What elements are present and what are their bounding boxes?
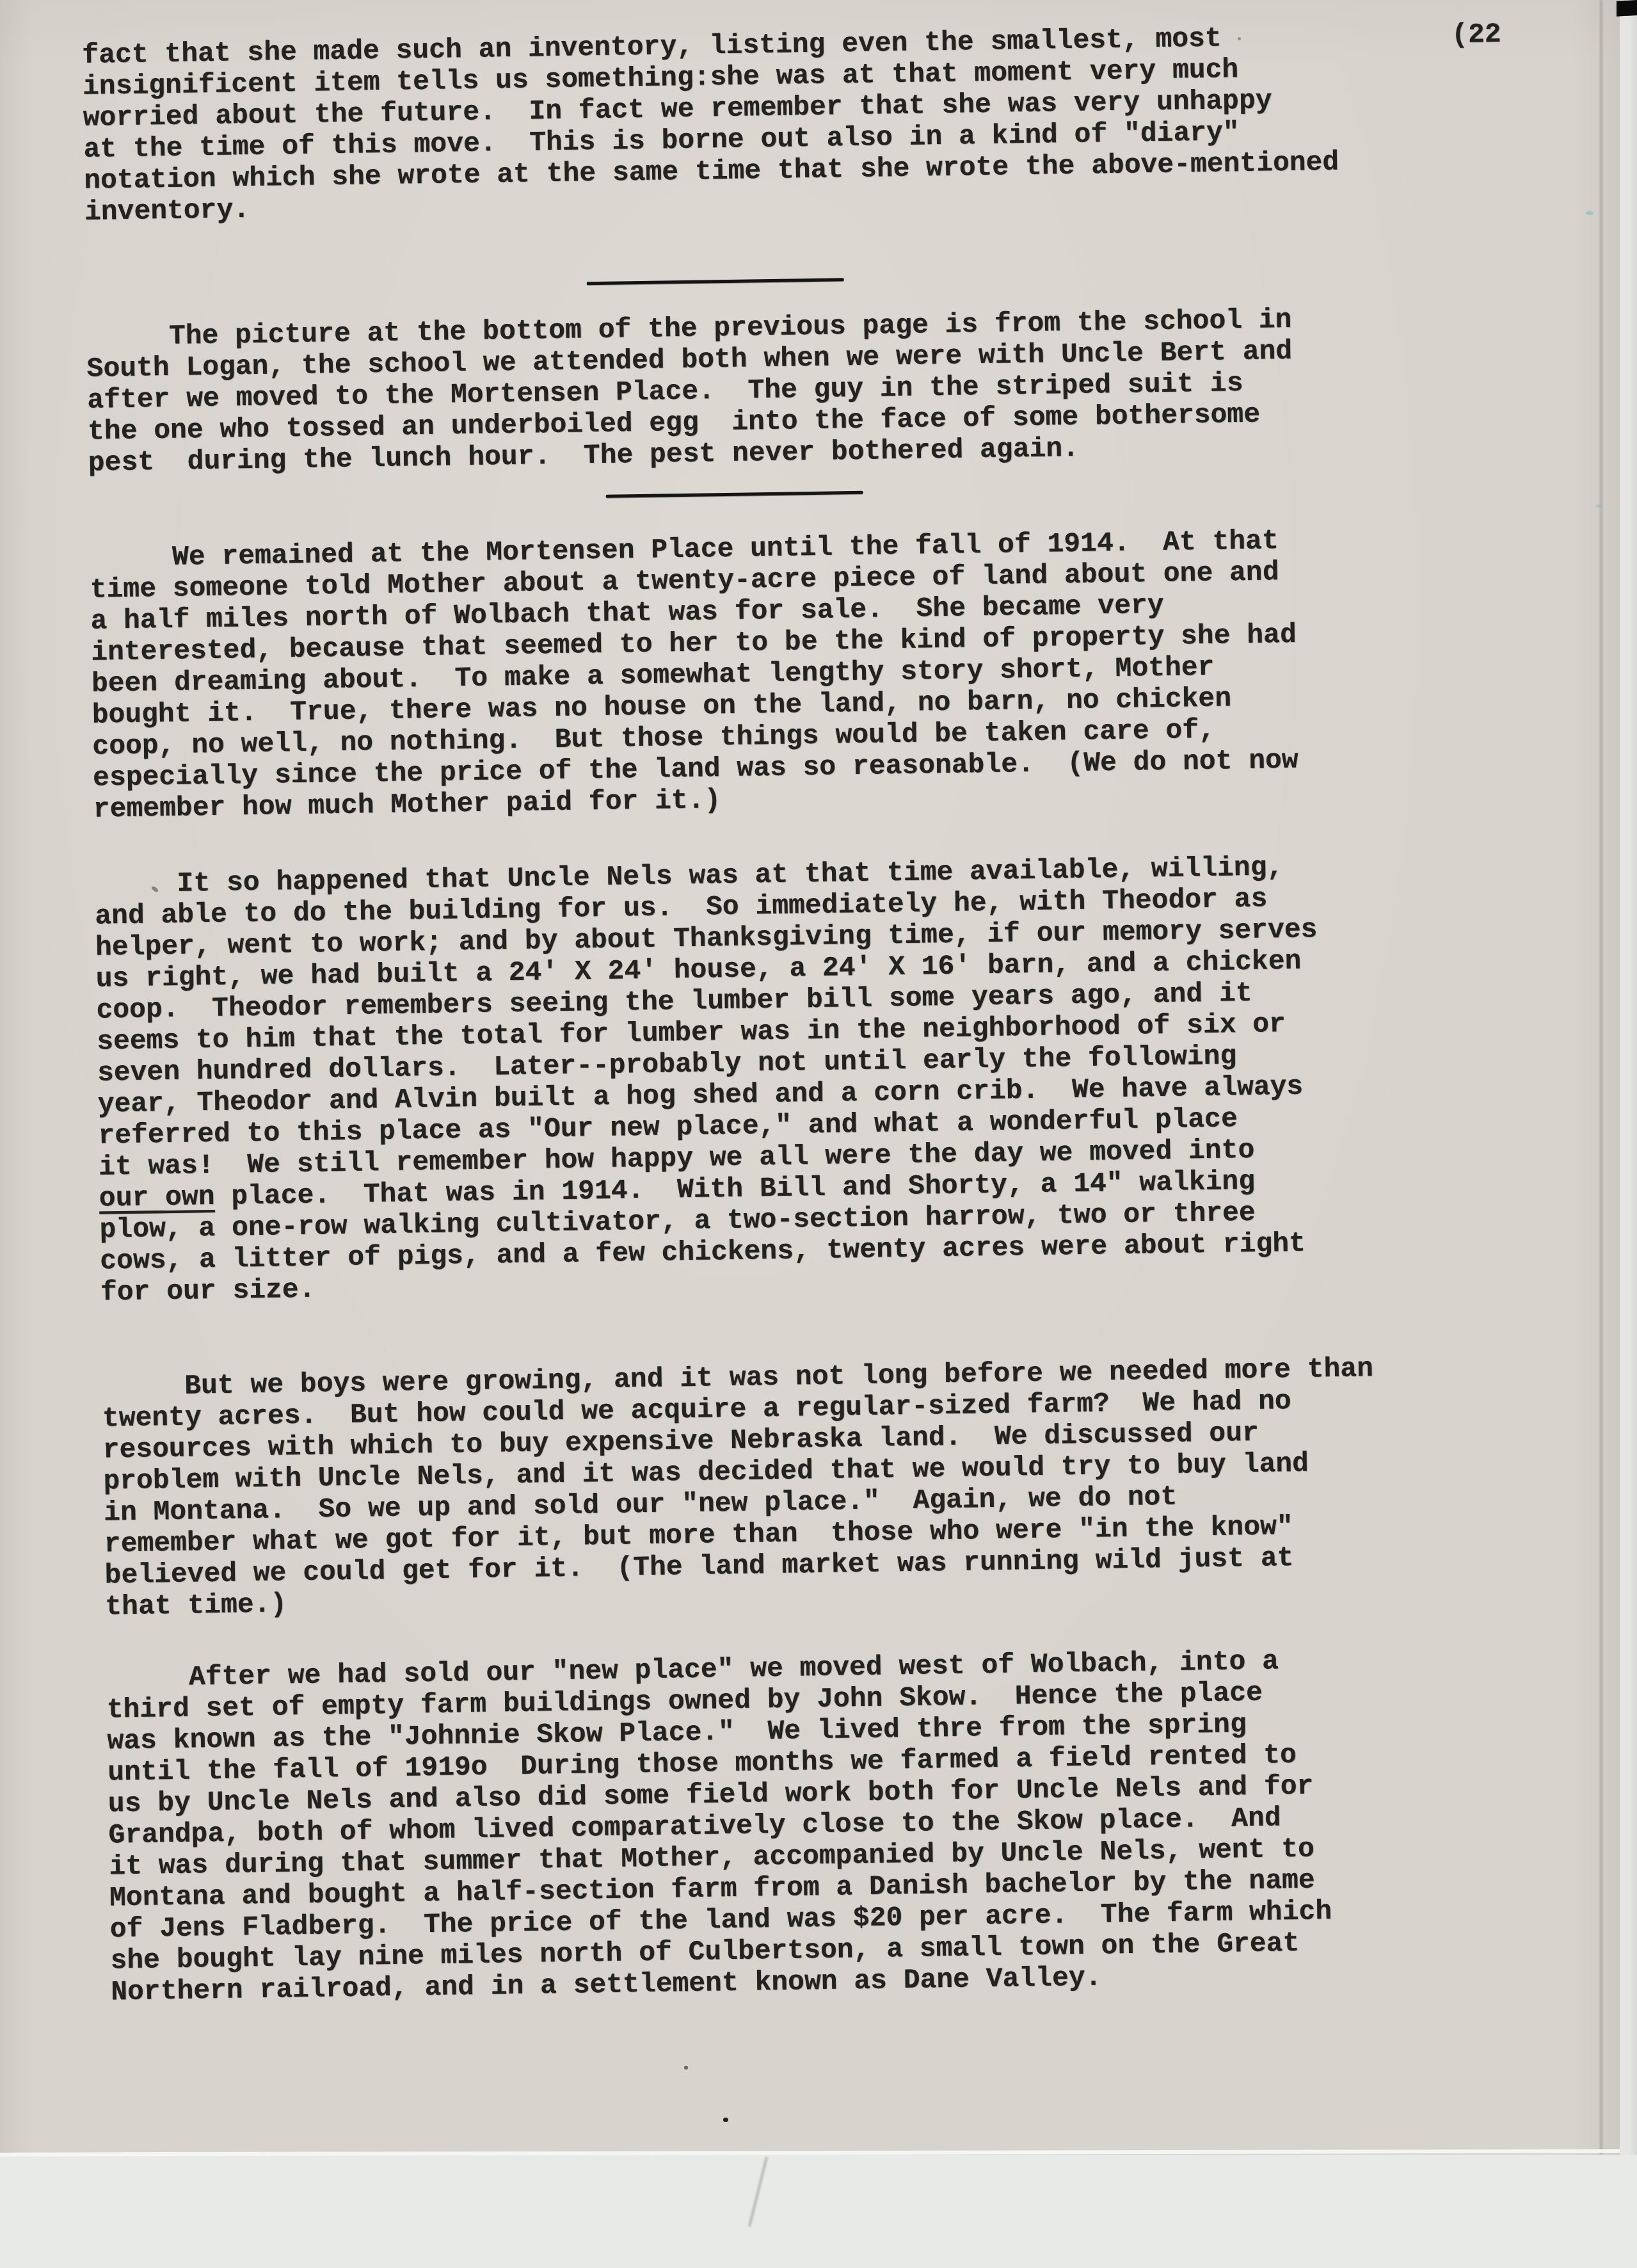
para-growing: But we boys were growing, and it was not… (94, 1349, 1589, 1623)
section-divider (587, 278, 844, 285)
scan-artifact-speck (684, 2066, 688, 2070)
underlined-text: our own (99, 1181, 215, 1214)
para-skow-place: After we had sold our "new place" we mov… (99, 1641, 1595, 2008)
scan-artifact-speck (1586, 211, 1593, 215)
scan-artifact-speck (1238, 37, 1241, 40)
scan-artifact-speck (1596, 504, 1602, 508)
page-number: (22 (1451, 19, 1501, 51)
para-inventory: fact that she made such an inventory, li… (74, 17, 1568, 228)
scanned-page: { "page": { "number_label": "(22" }, "co… (0, 0, 1637, 2268)
typed-content: (22 fact that she made such an inventory… (74, 15, 1594, 2007)
section-divider (606, 491, 863, 498)
scan-artifact-scanner-bed (0, 2155, 1637, 2268)
scan-artifact-right-crease (1600, 0, 1602, 2155)
para-mortensen: We remained at the Mortensen Place until… (82, 520, 1577, 825)
typed-text: fact that she made such an inventory, li… (74, 17, 1594, 2007)
scan-artifact-speck (723, 2118, 728, 2122)
scan-artifact-corner-wedge (1617, 0, 1637, 17)
paper-sheet: (22 fact that she made such an inventory… (0, 0, 1637, 2155)
para-school-picture: The picture at the bottom of the previou… (79, 300, 1572, 479)
scan-artifact-right-edge-strip (1620, 0, 1637, 2268)
para-building: It so happened that Uncle Nels was at th… (86, 847, 1584, 1308)
